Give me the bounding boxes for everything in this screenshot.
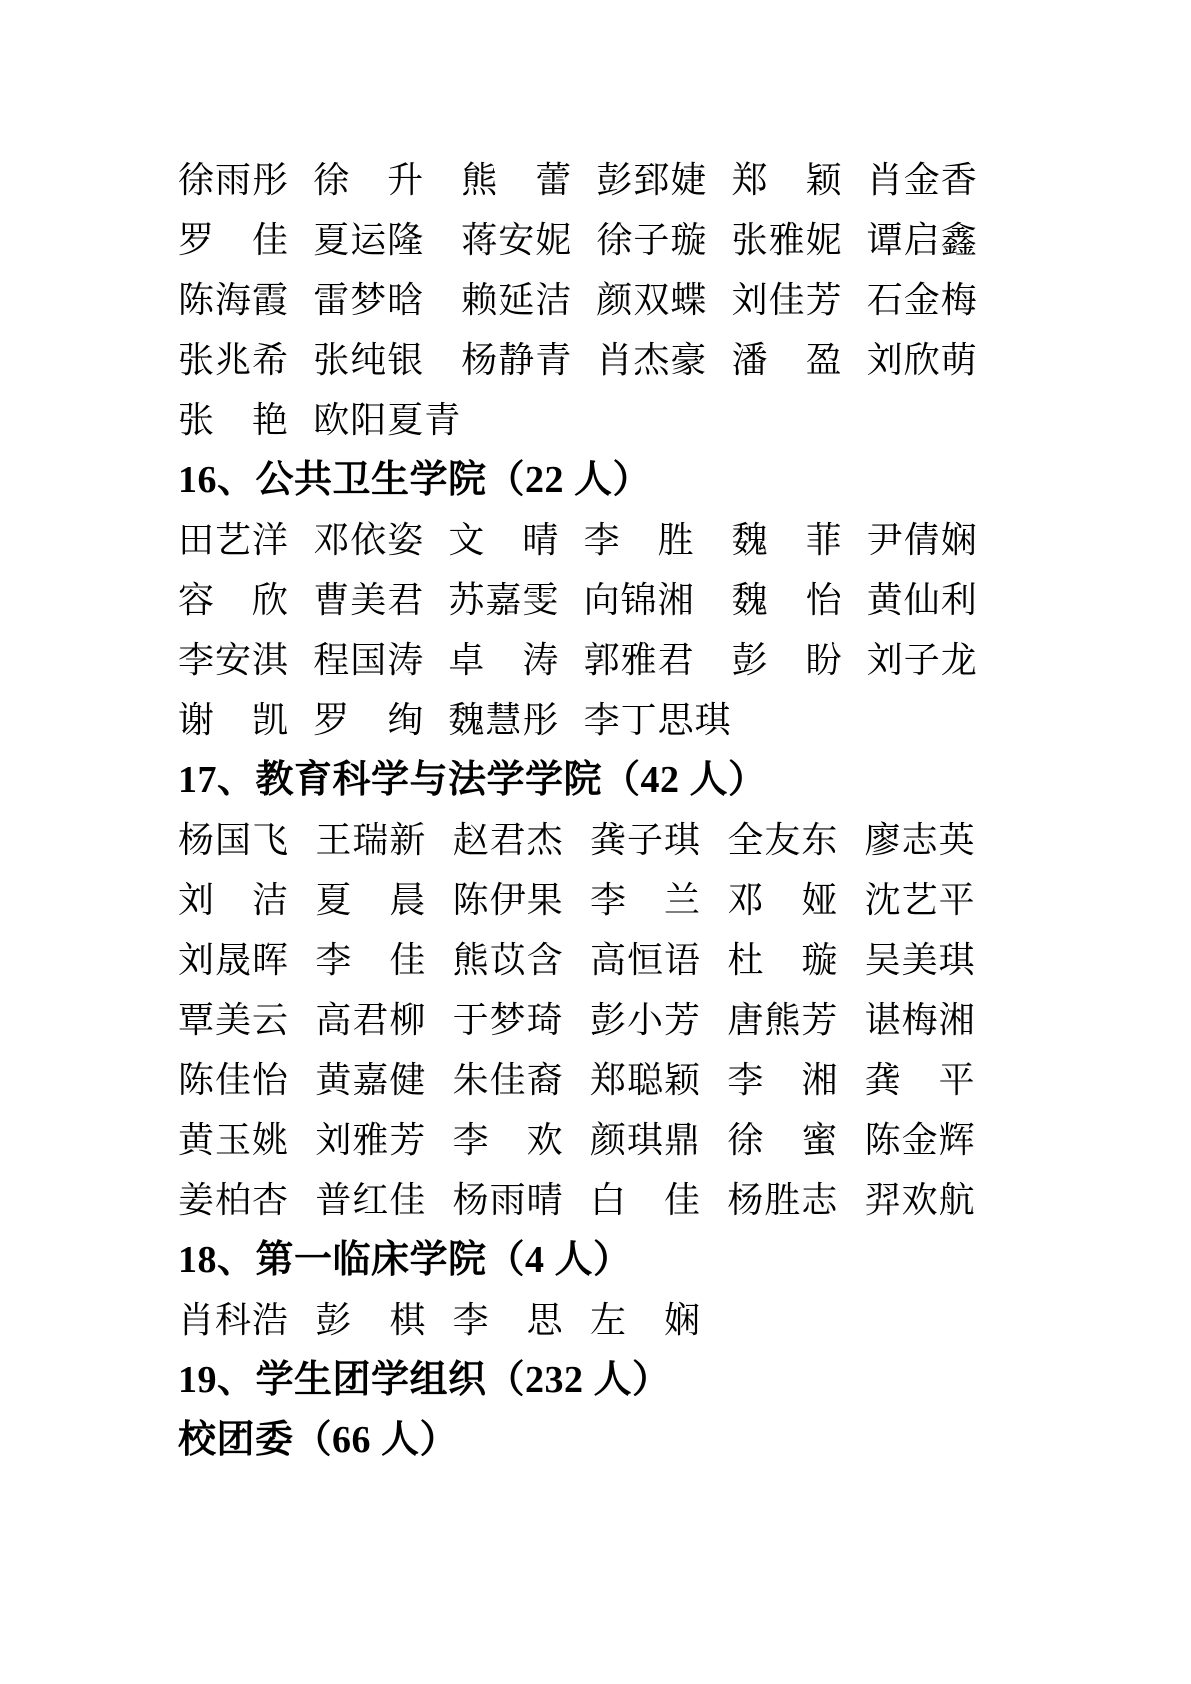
- name-item: 邓 娅: [727, 870, 864, 930]
- name-item: 李 思: [453, 1290, 590, 1350]
- name-item: 熊苡含: [453, 930, 590, 990]
- name-item: 彭 棋: [315, 1290, 452, 1350]
- name-item: 陈海霞: [178, 270, 313, 330]
- name-item: 刘欣萌: [867, 330, 1002, 390]
- name-item: 徐 升: [313, 150, 461, 210]
- name-item: 肖杰豪: [596, 330, 731, 390]
- name-item: 吴美琪: [865, 930, 1002, 990]
- name-item: 赵君杰: [453, 810, 590, 870]
- name-item: 肖金香: [867, 150, 1002, 210]
- name-item: 田艺洋: [178, 510, 313, 570]
- name-item: 羿欢航: [865, 1170, 1002, 1230]
- name-item: 向锦湘: [584, 570, 732, 630]
- name-grid: 杨国飞王瑞新赵君杰龚子琪全友东廖志英刘 洁夏 晨陈伊果李 兰邓 娅沈艺平刘晟晖李…: [178, 810, 1002, 1230]
- name-item: 左 娴: [590, 1290, 727, 1350]
- section-heading: 19、学生团学组织（232 人）: [178, 1350, 1002, 1410]
- name-item: 杨雨晴: [453, 1170, 590, 1230]
- section-heading: 校团委（66 人）: [178, 1410, 1002, 1470]
- name-item: 彭 盼: [732, 630, 867, 690]
- name-item: 杨静青: [461, 330, 596, 390]
- name-item: 李 兰: [590, 870, 727, 930]
- name-item: 徐雨彤: [178, 150, 313, 210]
- name-item: 谭启鑫: [867, 210, 1002, 270]
- name-item: 廖志英: [865, 810, 1002, 870]
- name-item: 李丁思琪: [584, 690, 732, 750]
- name-item: 夏 晨: [315, 870, 452, 930]
- name-item: 张纯银: [313, 330, 461, 390]
- name-item: 龚子琪: [590, 810, 727, 870]
- name-item: 张 艳: [178, 390, 313, 450]
- name-item: 彭小芳: [590, 990, 727, 1050]
- name-item: 陈金辉: [865, 1110, 1002, 1170]
- name-item: 肖科浩: [178, 1290, 315, 1350]
- name-item: 刘子龙: [867, 630, 1002, 690]
- name-item: 夏运隆: [313, 210, 461, 270]
- name-item: 唐熊芳: [727, 990, 864, 1050]
- name-item: 雷梦晗: [313, 270, 461, 330]
- name-item: 魏 菲: [732, 510, 867, 570]
- name-item: 王瑞新: [315, 810, 452, 870]
- name-item: 颜琪鼎: [590, 1110, 727, 1170]
- name-item: 邓依姿: [313, 510, 448, 570]
- name-item: 蒋安妮: [461, 210, 596, 270]
- name-item: 张雅妮: [732, 210, 867, 270]
- section-heading: 18、第一临床学院（4 人）: [178, 1230, 1002, 1290]
- name-item: 刘佳芳: [732, 270, 867, 330]
- name-item: 徐 蜜: [727, 1110, 864, 1170]
- name-item: 尹倩娴: [867, 510, 1002, 570]
- name-item: 刘晟晖: [178, 930, 315, 990]
- name-item: 朱佳裔: [453, 1050, 590, 1110]
- name-item: 刘 洁: [178, 870, 315, 930]
- section-heading: 17、教育科学与法学学院（42 人）: [178, 750, 1002, 810]
- name-item: 张兆希: [178, 330, 313, 390]
- name-item: 徐子璇: [596, 210, 731, 270]
- name-item: 容 欣: [178, 570, 313, 630]
- name-item: 李 欢: [453, 1110, 590, 1170]
- name-item: 杜 璇: [727, 930, 864, 990]
- name-item: 李 佳: [315, 930, 452, 990]
- name-item: 黄玉姚: [178, 1110, 315, 1170]
- name-item: 郑 颖: [732, 150, 867, 210]
- name-item: 普红佳: [315, 1170, 452, 1230]
- name-item: 颜双蝶: [596, 270, 731, 330]
- name-item: 高恒语: [590, 930, 727, 990]
- name-item: 彭郅婕: [596, 150, 731, 210]
- name-item: 熊 蕾: [461, 150, 596, 210]
- name-item: 杨国飞: [178, 810, 315, 870]
- name-item: 卓 涛: [448, 630, 583, 690]
- name-item: 全友东: [727, 810, 864, 870]
- name-item: 白 佳: [590, 1170, 727, 1230]
- name-item: 杨胜志: [727, 1170, 864, 1230]
- name-item: 赖延洁: [461, 270, 596, 330]
- name-item: 苏嘉雯: [448, 570, 583, 630]
- name-item: 姜柏杏: [178, 1170, 315, 1230]
- document-body: 徐雨彤徐 升熊 蕾彭郅婕郑 颖肖金香罗 佳夏运隆蒋安妮徐子璇张雅妮谭启鑫陈海霞雷…: [178, 150, 1002, 1470]
- name-item: 程国涛: [313, 630, 448, 690]
- name-item: 龚 平: [865, 1050, 1002, 1110]
- section-heading: 16、公共卫生学院（22 人）: [178, 450, 1002, 510]
- name-item: 于梦琦: [453, 990, 590, 1050]
- name-grid: 田艺洋邓依姿文 晴李 胜魏 菲尹倩娴容 欣曹美君苏嘉雯向锦湘魏 怡黄仙利李安淇程…: [178, 510, 1002, 750]
- name-item: 罗 佳: [178, 210, 313, 270]
- name-grid: 徐雨彤徐 升熊 蕾彭郅婕郑 颖肖金香罗 佳夏运隆蒋安妮徐子璇张雅妮谭启鑫陈海霞雷…: [178, 150, 1002, 450]
- name-item: 文 晴: [448, 510, 583, 570]
- name-item: 谢 凯: [178, 690, 313, 750]
- name-item: 谌梅湘: [865, 990, 1002, 1050]
- name-item: 黄仙利: [867, 570, 1002, 630]
- name-grid: 肖科浩彭 棋李 思左 娴: [178, 1290, 1002, 1350]
- name-item: 魏 怡: [732, 570, 867, 630]
- name-item: 高君柳: [315, 990, 452, 1050]
- name-item: 欧阳夏青: [313, 390, 461, 450]
- name-item: 黄嘉健: [315, 1050, 452, 1110]
- name-item: 曹美君: [313, 570, 448, 630]
- name-item: 李安淇: [178, 630, 313, 690]
- name-item: 郭雅君: [584, 630, 732, 690]
- name-item: 李 湘: [727, 1050, 864, 1110]
- name-item: 郑聪颖: [590, 1050, 727, 1110]
- name-item: 李 胜: [584, 510, 732, 570]
- document-page: 徐雨彤徐 升熊 蕾彭郅婕郑 颖肖金香罗 佳夏运隆蒋安妮徐子璇张雅妮谭启鑫陈海霞雷…: [0, 0, 1191, 1684]
- name-item: 沈艺平: [865, 870, 1002, 930]
- name-item: 潘 盈: [732, 330, 867, 390]
- name-item: 罗 绚: [313, 690, 448, 750]
- name-item: 石金梅: [867, 270, 1002, 330]
- name-item: 刘雅芳: [315, 1110, 452, 1170]
- name-item: 魏慧彤: [448, 690, 583, 750]
- name-item: 陈佳怡: [178, 1050, 315, 1110]
- name-item: 陈伊果: [453, 870, 590, 930]
- name-item: 覃美云: [178, 990, 315, 1050]
